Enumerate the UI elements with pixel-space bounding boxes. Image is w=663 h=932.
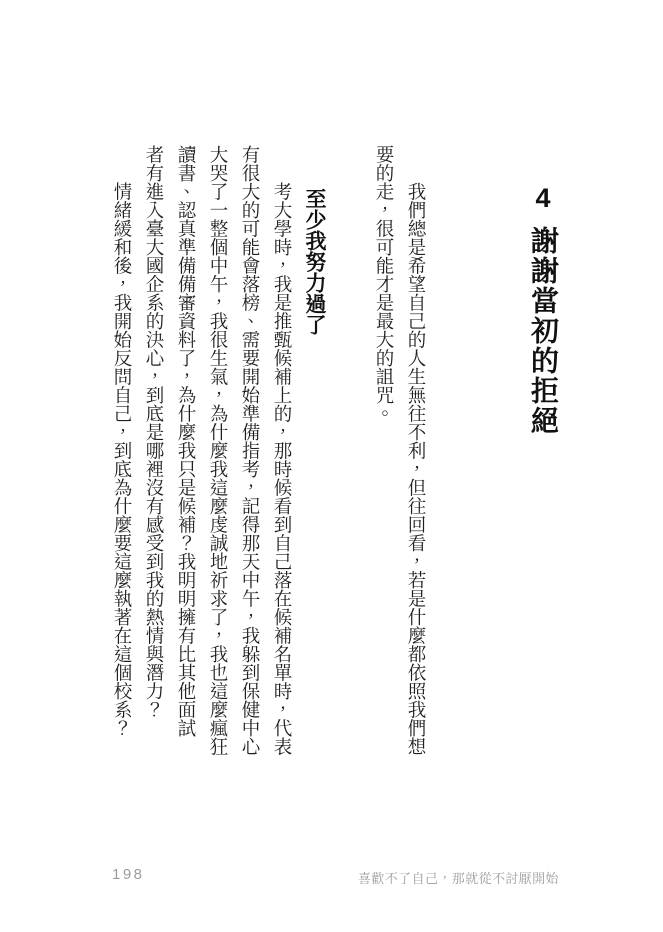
book-page: 4 謝謝當初的拒絕 我們總是希望自己的人生無往不利，但往回看，若是什麼都依照我們… — [0, 0, 663, 932]
intro-paragraph-line: 我們總是希望自己的人生無往不利，但往回看，若是什麼都依照我們想 — [399, 145, 431, 767]
chapter-number: 4 — [528, 183, 558, 213]
section-heading: 至少我努力過了 — [297, 145, 331, 767]
book-title-footer: 喜歡不了自己，那就從不討厭開始 — [358, 868, 559, 887]
body-line: 大哭了一整個中午，我很生氣，為什麼我這麼虔誠地祈求了，我也這麼瘋狂 — [201, 145, 233, 767]
body-line: 者有進入臺大國企系的決心，到底是哪裡沒有感受到我的熱情與潛力？ — [137, 145, 169, 767]
intro-paragraph-line: 要的走，很可能才是最大的詛咒。 — [367, 145, 399, 767]
page-number: 198 — [112, 866, 145, 883]
body-line: 讀書、認真準備備審資料了，為什麼我只是候補？我明明擁有比其他面試 — [169, 145, 201, 767]
body-line: 考大學時，我是推甄候補上的，那時候看到自己落在候補名單時，代表 — [265, 145, 297, 767]
chapter-header: 4 謝謝當初的拒絕 — [528, 145, 558, 767]
chapter-title: 謝謝當初的拒絕 — [528, 226, 559, 436]
body-line: 有很大的可能會落榜、需要開始準備指考，記得那天中午，我躲到保健中心 — [233, 145, 265, 767]
vertical-text-block: 4 謝謝當初的拒絕 我們總是希望自己的人生無往不利，但往回看，若是什麼都依照我們… — [105, 145, 558, 767]
body-line: 情緒緩和後，我開始反問自己，到底為什麼要這麼執著在這個校系？ — [105, 145, 137, 767]
